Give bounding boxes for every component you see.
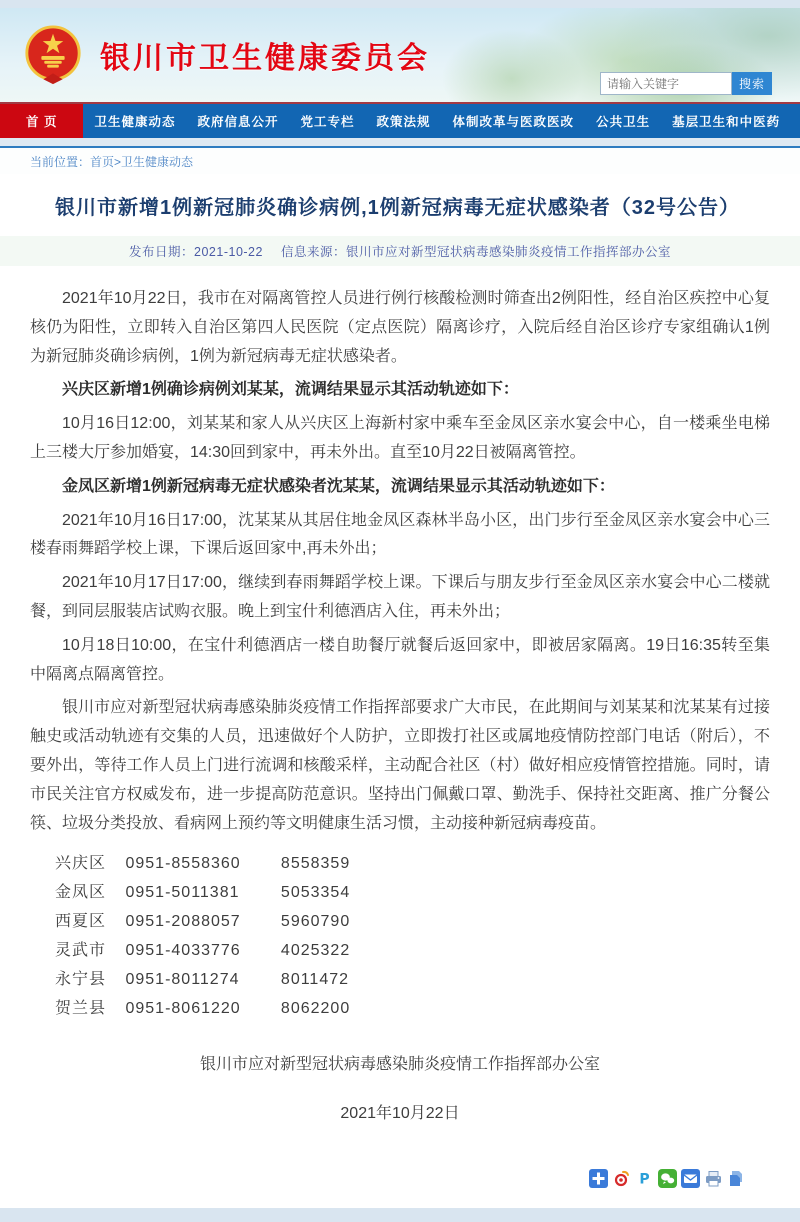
hotline-row: 贺兰县 0951-8061220 8062200 bbox=[55, 994, 800, 1023]
content-panel: 当前位置：首页>卫生健康动态 银川市新增1例新冠肺炎确诊病例,1例新冠病毒无症状… bbox=[0, 146, 800, 1208]
site-brand: 银川市卫生健康委员会 bbox=[22, 24, 430, 86]
article-title: 银川市新增1例新冠肺炎确诊病例,1例新冠病毒无症状感染者（32号公告） bbox=[0, 174, 800, 236]
hotline-phone-1: 0951-5011381 bbox=[125, 878, 275, 907]
tencent-weibo-icon[interactable]: P bbox=[635, 1169, 654, 1188]
hotline-district: 金凤区 bbox=[55, 878, 106, 907]
article-paragraph: 2021年10月22日，我市在对隔离管控人员进行例行核酸检测时筛查出2例阳性，经… bbox=[30, 285, 770, 371]
breadcrumb: 当前位置：首页>卫生健康动态 bbox=[0, 148, 800, 174]
share-bar: P bbox=[0, 1123, 800, 1194]
hotline-phone-2: 4025322 bbox=[281, 942, 350, 959]
nav-item-label: 卫生健康动态 bbox=[94, 112, 175, 130]
breadcrumb-label: 当前位置： bbox=[30, 155, 90, 169]
hotline-row: 金凤区 0951-5011381 5053354 bbox=[55, 878, 800, 907]
nav-item-label: 公共卫生 bbox=[596, 112, 650, 130]
source-value: 银川市应对新型冠状病毒感染肺炎疫情工作指挥部办公室 bbox=[346, 245, 671, 259]
site-banner: 银川市卫生健康委员会 搜索 bbox=[0, 8, 800, 102]
hotline-district: 永宁县 bbox=[55, 965, 106, 994]
article-paragraph: 2021年10月16日17:00，沈某某从其居住地金凤区森林半岛小区，出门步行至… bbox=[30, 507, 770, 565]
nav-item[interactable]: 政府信息公开 bbox=[187, 104, 290, 138]
share-more-icon[interactable] bbox=[589, 1169, 608, 1188]
search-input[interactable] bbox=[600, 72, 732, 95]
main-nav: 首 页 卫生健康动态 政府信息公开 党工专栏 政策法规 体制改革与医政医改 公共… bbox=[0, 102, 800, 138]
hotline-phone-1: 0951-8061220 bbox=[125, 994, 275, 1023]
article-paragraph: 金凤区新增1例新冠病毒无症状感染者沈某某，流调结果显示其活动轨迹如下： bbox=[30, 473, 770, 502]
hotline-phone-1: 0951-8011274 bbox=[125, 965, 275, 994]
article-paragraph: 银川市应对新型冠状病毒感染肺炎疫情工作指挥部要求广大市民，在此期间与刘某某和沈某… bbox=[30, 694, 770, 838]
breadcrumb-home-link[interactable]: 首页 bbox=[90, 155, 114, 169]
source-label: 信息来源： bbox=[281, 245, 346, 259]
publish-date-label: 发布日期： bbox=[129, 245, 194, 259]
page: 银川市卫生健康委员会 搜索 首 页 卫生健康动态 政府信息公开 党工专栏 政策法… bbox=[0, 0, 800, 1222]
print-icon[interactable] bbox=[704, 1169, 723, 1188]
hotline-phone-2: 8011472 bbox=[281, 971, 349, 988]
article-paragraph: 10月18日10:00，在宝什利德酒店一楼自助餐厅就餐后返回家中，即被居家隔离。… bbox=[30, 632, 770, 690]
hotline-row: 灵武市 0951-4033776 4025322 bbox=[55, 936, 800, 965]
hotline-row: 永宁县 0951-8011274 8011472 bbox=[55, 965, 800, 994]
hotline-list: 兴庆区 0951-8558360 8558359 金凤区 0951-501138… bbox=[0, 843, 800, 1023]
article-body: 2021年10月22日，我市在对隔离管控人员进行例行核酸检测时筛查出2例阳性，经… bbox=[0, 266, 800, 838]
hotline-row: 兴庆区 0951-8558360 8558359 bbox=[55, 849, 800, 878]
nav-item-label: 政策法规 bbox=[377, 112, 431, 130]
hotline-phone-1: 0951-2088057 bbox=[125, 907, 275, 936]
national-emblem-icon bbox=[22, 24, 84, 86]
nav-item-label: 基层卫生和中医药 bbox=[672, 112, 780, 130]
nav-item[interactable]: 公共卫生 bbox=[585, 104, 661, 138]
nav-item[interactable]: 体制改革与医政医改 bbox=[442, 104, 586, 138]
article-signature: 银川市应对新型冠状病毒感染肺炎疫情工作指挥部办公室 bbox=[0, 1051, 800, 1074]
hotline-district: 灵武市 bbox=[55, 936, 106, 965]
nav-item[interactable]: 基层卫生和中医药 bbox=[661, 104, 791, 138]
hotline-phone-2: 8558359 bbox=[281, 855, 350, 872]
nav-item-label: 首 页 bbox=[26, 112, 57, 130]
article-paragraph: 10月16日12:00，刘某某和家人从兴庆区上海新村家中乘车至金凤区亲水宴会中心… bbox=[30, 410, 770, 468]
hotline-row: 西夏区 0951-2088057 5960790 bbox=[55, 907, 800, 936]
hotline-district: 兴庆区 bbox=[55, 849, 106, 878]
hotline-phone-1: 0951-4033776 bbox=[125, 936, 275, 965]
nav-item-label: 政府信息公开 bbox=[198, 112, 279, 130]
breadcrumb-separator: > bbox=[114, 155, 121, 169]
hotline-phone-2: 5960790 bbox=[281, 913, 350, 930]
email-icon[interactable] bbox=[681, 1169, 700, 1188]
sina-weibo-icon[interactable] bbox=[612, 1169, 631, 1188]
hotline-district: 贺兰县 bbox=[55, 994, 106, 1023]
article-paragraph: 2021年10月17日17:00，继续到春雨舞蹈学校上课。下课后与朋友步行至金凤… bbox=[30, 569, 770, 627]
breadcrumb-section-link[interactable]: 卫生健康动态 bbox=[121, 155, 193, 169]
nav-item[interactable]: 卫生健康动态 bbox=[83, 104, 186, 138]
publish-date: 2021-10-22 bbox=[194, 245, 263, 259]
nav-item[interactable]: 党工专栏 bbox=[290, 104, 366, 138]
nav-item-label: 体制改革与医政医改 bbox=[453, 112, 575, 130]
nav-gap-strip bbox=[0, 138, 800, 146]
hotline-phone-2: 5053354 bbox=[281, 884, 350, 901]
nav-item[interactable]: 首 页 bbox=[0, 104, 83, 138]
nav-item[interactable]: 计划生育 bbox=[791, 104, 800, 138]
copy-icon[interactable] bbox=[727, 1169, 746, 1188]
article-sign-date: 2021年10月22日 bbox=[0, 1100, 800, 1123]
hotline-phone-2: 8062200 bbox=[281, 1000, 350, 1017]
article-meta: 发布日期：2021-10-22信息来源：银川市应对新型冠状病毒感染肺炎疫情工作指… bbox=[0, 236, 800, 266]
wechat-icon[interactable] bbox=[658, 1169, 677, 1188]
site-title: 银川市卫生健康委员会 bbox=[100, 33, 430, 77]
hotline-district: 西夏区 bbox=[55, 907, 106, 936]
article-paragraph: 兴庆区新增1例确诊病例刘某某，流调结果显示其活动轨迹如下： bbox=[30, 376, 770, 405]
svg-text:P: P bbox=[639, 1172, 649, 1188]
nav-item-label: 党工专栏 bbox=[301, 112, 355, 130]
hotline-phone-1: 0951-8558360 bbox=[125, 849, 275, 878]
page-bottom-strip bbox=[0, 1208, 800, 1222]
search-box: 搜索 bbox=[600, 72, 772, 95]
search-button[interactable]: 搜索 bbox=[732, 72, 772, 95]
nav-item[interactable]: 政策法规 bbox=[366, 104, 442, 138]
